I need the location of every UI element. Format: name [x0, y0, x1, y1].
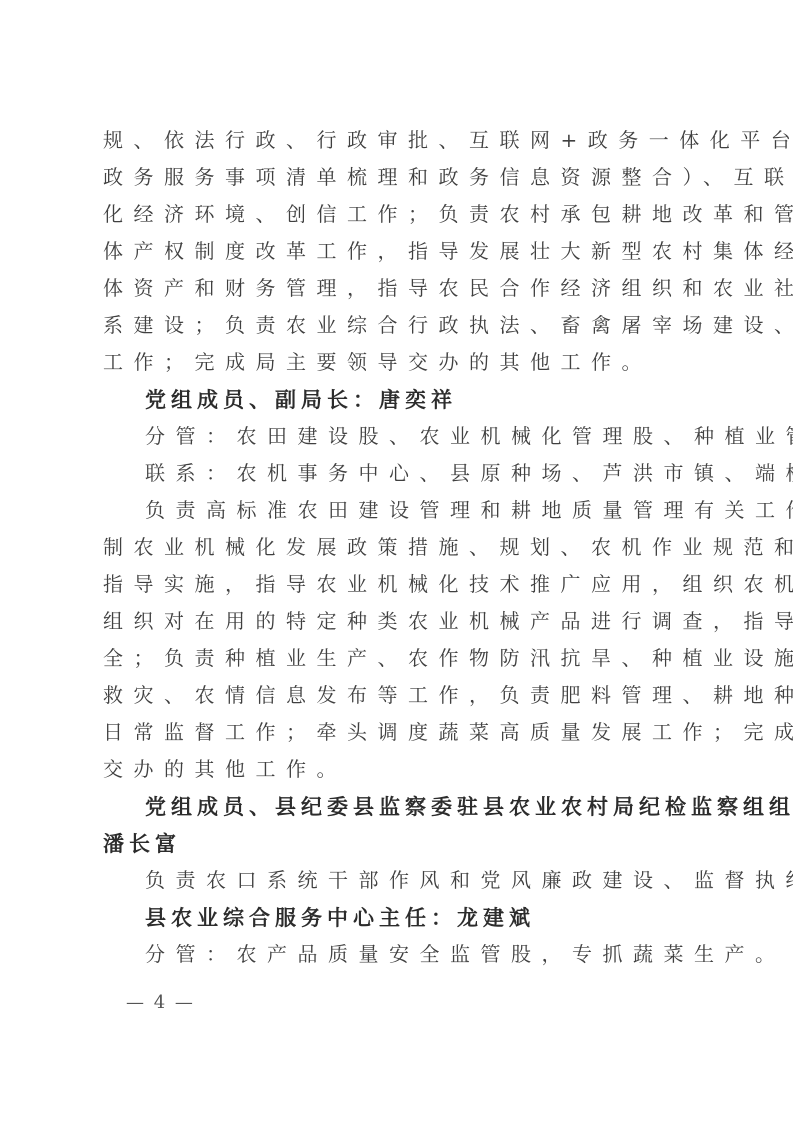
body-text-line: 体产权制度改革工作，指导发展壮大新型农村集体经济、农村集: [103, 233, 693, 270]
duty-line: 救灾、农情信息发布等工作，负责肥料管理、耕地种植用途管控: [103, 677, 693, 714]
section-heading-long: 县农业综合服务中心主任：龙建斌: [103, 899, 693, 936]
duty-line: 日常监督工作；牵头调度蔬菜高质量发展工作；完成局主要领导: [103, 714, 693, 751]
duty-line: 组织对在用的特定种类农业机械产品进行调查，指导农业作业安: [103, 603, 693, 640]
body-text-line: 系建设；负责农业综合行政执法、畜禽屠宰场建设、退捕禁捕等: [103, 307, 693, 344]
lianxi-tang: 联系：农机事务中心、县原种场、芦洪市镇、端桥铺镇。: [103, 455, 693, 492]
body-text-line: 体资产和财务管理，指导农民合作经济组织和农业社会化服务体: [103, 270, 693, 307]
body-text-line: 政务服务事项清单梳理和政务信息资源整合）、互联网+监管、优: [103, 159, 693, 196]
duty-line: 交办的其他工作。: [103, 751, 693, 788]
duty-line: 指导实施，指导农业机械化技术推广应用，组织农机安全监理，: [103, 566, 693, 603]
document-page: 规、依法行政、行政审批、互联网+政务一体化平台（政务中心、 政务服务事项清单梳理…: [103, 122, 693, 973]
section-heading-pan: 党组成员、县纪委县监察委驻县农业农村局纪检监察组组长：: [103, 788, 693, 825]
page-number: — 4 —: [126, 992, 195, 1013]
body-text-line: 化经济环境、创信工作；负责农村承包耕地改革和管理、农村集: [103, 196, 693, 233]
duty-line: 制农业机械化发展政策措施、规划、农机作业规范和技术标准并: [103, 529, 693, 566]
fenguan-long: 分管：农产品质量安全监管股，专抓蔬菜生产。: [103, 936, 693, 973]
body-text-line: 规、依法行政、行政审批、互联网+政务一体化平台（政务中心、: [103, 122, 693, 159]
section-heading-tang: 党组成员、副局长：唐奕祥: [103, 381, 693, 418]
body-text-line: 工作；完成局主要领导交办的其他工作。: [103, 344, 693, 381]
duty-pan: 负责农口系统干部作风和党风廉政建设、监督执纪问责工作。: [103, 862, 693, 899]
section-heading-pan-name: 潘长富: [103, 825, 693, 862]
fenguan-tang: 分管：农田建设股、农业机械化管理股、种植业管理股。: [103, 418, 693, 455]
duty-line: 全；负责种植业生产、农作物防汛抗旱、种植业设施农业及抗灾: [103, 640, 693, 677]
duty-line: 负责高标准农田建设管理和耕地质量管理有关工作；负责拟: [103, 492, 693, 529]
